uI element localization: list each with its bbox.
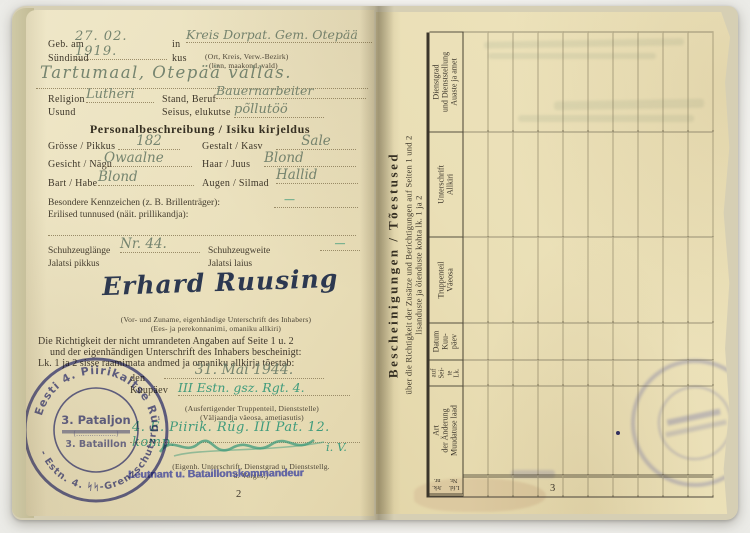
dotted-line <box>48 234 356 236</box>
issue-date-value: 31. Mai 1944. <box>164 362 324 379</box>
birthplace-value: Tartumaal, Otepää vallas. <box>40 63 292 82</box>
table-empty-cell <box>538 385 563 474</box>
col-header-line: Sei- <box>438 367 446 378</box>
table-empty-cell <box>463 474 488 496</box>
certifications-table-rotated: Bescheinigungen / Tõestused über die Ric… <box>385 32 715 497</box>
religion-label-de: Religion <box>48 94 85 105</box>
table-empty-cell <box>588 236 613 322</box>
page-number-left: 2 <box>236 489 241 500</box>
sig-green-note: i. V. <box>326 440 347 454</box>
col-header-auf-seite: auf Sei- te Lk. <box>429 359 463 385</box>
table-empty-cell <box>463 359 488 385</box>
col-header-dienstgrad: Dienstgrad und Dienststellung Auaste ja … <box>429 31 463 131</box>
table-empty-cell <box>613 474 638 496</box>
religion-label-et: Usund <box>48 107 76 118</box>
groesse-value: 182 <box>118 133 180 150</box>
table-empty-cell <box>513 385 538 474</box>
table-empty-cell <box>538 236 563 322</box>
table-empty-cell <box>588 31 613 131</box>
col-header-line: Unterschrift <box>437 165 446 204</box>
table-empty-cell <box>563 385 588 474</box>
col-header-line: Muudatuse laad <box>450 405 459 456</box>
green-dash-mark: — <box>284 193 295 206</box>
table-empty-cell <box>613 236 638 322</box>
table-empty-cell <box>688 359 713 385</box>
table-empty-cell <box>613 31 638 131</box>
stamp-strike-bar <box>62 430 130 434</box>
beruf-label-de: Stand, Beruf <box>162 94 216 105</box>
table-empty-cell <box>688 236 713 322</box>
table-empty-cell <box>563 359 588 385</box>
col-header-line: auf <box>430 368 438 377</box>
table-empty-cell <box>588 385 613 474</box>
table-empty-cell <box>638 131 663 236</box>
table-empty-cell <box>688 131 713 236</box>
table-empty-cell <box>613 385 638 474</box>
table-empty-cell <box>663 359 688 385</box>
religion-value: Lutheri <box>86 87 154 103</box>
table-empty-cell <box>513 322 538 359</box>
table-empty-cell <box>688 474 713 496</box>
table-empty-cell <box>488 385 513 474</box>
bart-label: Bart / Habe <box>48 178 97 189</box>
page-left: Geb. am 27. 02. 1919. in Kreis Dorpat. G… <box>26 10 374 516</box>
beruf-value: Bauernarbeiter <box>216 83 366 99</box>
table-empty-cell <box>638 322 663 359</box>
haar-label: Haar / Juus <box>202 159 250 170</box>
schuh-len-value: Nr. 44. <box>120 236 200 253</box>
table-empty-cell <box>488 236 513 322</box>
col-header-line: Allkiri <box>446 173 455 194</box>
col-header-art-der-aenderung: Art der Änderung Muudatuse laad <box>429 385 463 474</box>
table-empty-cell <box>513 31 538 131</box>
battalion-round-stamp: Eesti 4. Piirikaitse Rüg.- - Estn. 4. ᛋᛋ… <box>26 342 184 516</box>
table-empty-cell <box>563 322 588 359</box>
table-empty-cell <box>663 385 688 474</box>
bart-value: Blond <box>98 169 194 186</box>
certifications-subtitle-et: lisanduste ja õienduste kohta lk. 1 ja 2 <box>413 32 423 497</box>
col-header-datum: Datum Kuu- päev <box>429 322 463 359</box>
table-empty-cell <box>663 31 688 131</box>
schuh-weite-value: — <box>320 237 360 251</box>
sig-hint-de: (Vor- und Zuname, eigenhändige Unterschr… <box>86 315 346 324</box>
table-empty-cell <box>488 322 513 359</box>
table-empty-cell <box>563 474 588 496</box>
col-header-line: Auaste ja amet <box>450 58 459 106</box>
table-empty-cell <box>638 236 663 322</box>
table-empty-cell <box>513 236 538 322</box>
table-empty-cell <box>688 385 713 474</box>
kennzeichen-label-de: Besondere Kennzeichen (z. B. Brillenträg… <box>48 198 220 208</box>
certifications-subtitle-de: über die Richtigkeit der Zusätze und Ber… <box>403 32 413 497</box>
table-empty-cell <box>588 131 613 236</box>
gesicht-value: Owaalne <box>104 150 192 167</box>
table-empty-cell <box>663 236 688 322</box>
table-empty-cell <box>463 385 488 474</box>
augen-label: Augen / Silmad <box>202 178 269 189</box>
certifications-table: Lfd. Nr. Jrk. nr. Art der Änderung Muuda… <box>426 32 713 497</box>
kennzeichen-label-et: Erilised tunnused (näit. prillikandja): <box>48 210 188 220</box>
stamp-center-line1: 3. Pataljon <box>61 413 130 427</box>
birthdate-value: 27. 02. 1919. <box>75 29 167 60</box>
col-header-line: te <box>446 370 454 375</box>
augen-value: Hallid <box>276 167 358 184</box>
gestalt-label: Gestalt / Kasv <box>202 141 263 152</box>
col-header-line: Truppenteil <box>437 261 446 298</box>
owner-signature: Erhard Ruusing <box>102 264 339 301</box>
table-empty-cell <box>588 359 613 385</box>
table-empty-cell <box>488 474 513 496</box>
table-empty-cell <box>513 131 538 236</box>
table-empty-cell <box>588 322 613 359</box>
gestalt-value: Sale <box>276 133 356 150</box>
table-empty-cell <box>463 131 488 236</box>
table-empty-cell <box>463 322 488 359</box>
table-empty-cell <box>638 474 663 496</box>
col-header-line: Jrk. nr. <box>429 476 444 490</box>
table-empty-cell <box>488 359 513 385</box>
sig-hint-et: (Ees- ja perekonnanimi, omaniku allkiri) <box>86 324 346 333</box>
table-empty-cell <box>513 359 538 385</box>
table-empty-cell <box>538 359 563 385</box>
beruf-label-et: Seisus, elukutse <box>162 107 231 118</box>
col-header-line: Lk. <box>453 368 461 377</box>
birth-district-value: Kreis Dorpat. Gem. Otepää <box>186 27 372 43</box>
table-empty-cell <box>463 236 488 322</box>
table-empty-cell <box>488 131 513 236</box>
table-empty-cell <box>688 322 713 359</box>
issuing-unit-value: III Estn. gsz. Rgt. 4. <box>178 380 350 396</box>
table-empty-cell <box>538 31 563 131</box>
table-empty-cell <box>613 359 638 385</box>
table-empty-cell <box>538 131 563 236</box>
table-empty-cell <box>513 474 538 496</box>
table-empty-cell <box>563 31 588 131</box>
table-empty-cell <box>538 322 563 359</box>
table-empty-cell <box>638 31 663 131</box>
table-empty-cell <box>613 131 638 236</box>
col-header-lfd-nr: Lfd. Nr. Jrk. nr. <box>429 474 463 496</box>
scanned-document: Geb. am 27. 02. 1919. in Kreis Dorpat. G… <box>0 0 750 533</box>
certifications-title: Bescheinigungen / Tõestused <box>385 32 401 497</box>
table-empty-cell <box>688 31 713 131</box>
table-empty-cell <box>563 236 588 322</box>
table-empty-cell <box>663 322 688 359</box>
col-header-line: Väeosa <box>446 268 455 292</box>
table-empty-cell <box>613 322 638 359</box>
in-label-de: in <box>172 39 180 50</box>
in-hint-de: (Ort, Kreis, Verw.-Bezirk) <box>205 52 289 61</box>
col-header-truppenteil: Truppenteil Väeosa <box>429 236 463 322</box>
table-empty-cell <box>638 359 663 385</box>
table-empty-cell <box>588 474 613 496</box>
haar-value: Blond <box>264 150 356 167</box>
table-empty-cell <box>663 474 688 496</box>
beruf-value2: põllutöö <box>234 102 324 118</box>
schuh-weite-label-de: Schuhzeugweite <box>208 246 270 256</box>
col-header-unterschrift: Unterschrift Allkiri <box>429 131 463 236</box>
schuh-len-label-de: Schuhzeuglänge <box>48 246 110 256</box>
schuh-len-label-et: Jalatsi pikkus <box>48 259 99 269</box>
table-empty-cell <box>463 31 488 131</box>
dotted-line <box>274 206 358 208</box>
table-empty-cell <box>563 131 588 236</box>
page-number-right: 3 <box>550 483 555 494</box>
table-empty-cell <box>488 31 513 131</box>
table-empty-cell <box>663 131 688 236</box>
table-empty-cell <box>638 385 663 474</box>
col-header-line: päev <box>450 333 459 348</box>
stamp-center-line3: 3. Bataillon <box>65 439 126 450</box>
col-header-line: Lfd. Nr. <box>445 476 462 490</box>
